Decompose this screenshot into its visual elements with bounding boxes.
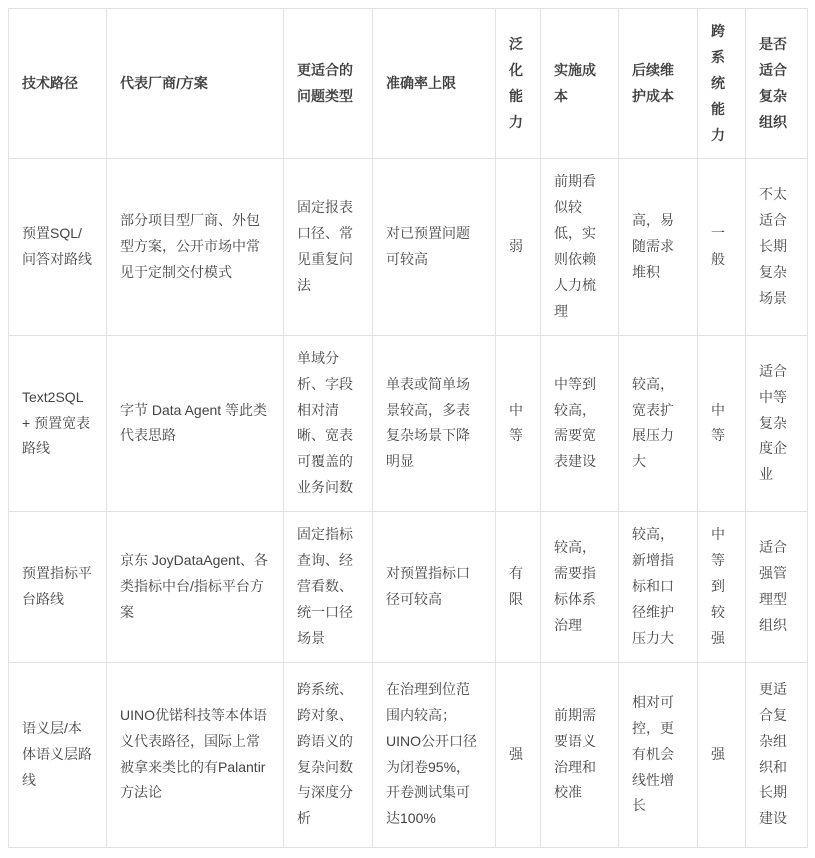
cell-generalization: 弱 — [496, 159, 541, 335]
table-row-text2sql: Text2SQL + 预置宽表路线 字节 Data Agent 等此类代表思路 … — [9, 335, 808, 511]
cell-accuracy: 对预置指标口径可较高 — [373, 512, 496, 662]
cell-vendor: UINO优锘科技等本体语义代表路径，国际上常被拿来类比的有Palantir方法论 — [107, 662, 284, 847]
cell-cross-system: 一般 — [698, 159, 746, 335]
header-cell-impl-cost: 实施成本 — [541, 9, 619, 159]
cell-accuracy: 单表或简单场景较高，多表复杂场景下降明显 — [373, 335, 496, 511]
cell-vendor: 京东 JoyDataAgent、各类指标中台/指标平台方案 — [107, 512, 284, 662]
cell-generalization: 有限 — [496, 512, 541, 662]
tech-route-comparison-table: 技术路径 代表厂商/方案 更适合的问题类型 准确率上限 泛化能力 实施成本 后续… — [8, 8, 808, 848]
cell-impl-cost: 中等到较高，需要宽表建设 — [541, 335, 619, 511]
cell-generalization: 强 — [496, 662, 541, 847]
cell-maintain-cost: 高，易随需求堆积 — [619, 159, 698, 335]
cell-tech-path: 预置SQL/问答对路线 — [9, 159, 107, 335]
cell-problem-type: 跨系统、跨对象、跨语义的复杂问数与深度分析 — [284, 662, 373, 847]
header-cell-maintain-cost: 后续维护成本 — [619, 9, 698, 159]
cell-maintain-cost: 较高，新增指标和口径维护压力大 — [619, 512, 698, 662]
cell-vendor: 部分项目型厂商、外包型方案，公开市场中常见于定制交付模式 — [107, 159, 284, 335]
cell-impl-cost: 前期看似较低，实则依赖人力梳理 — [541, 159, 619, 335]
page: 技术路径 代表厂商/方案 更适合的问题类型 准确率上限 泛化能力 实施成本 后续… — [0, 0, 815, 858]
cell-accuracy: 对已预置问题可较高 — [373, 159, 496, 335]
cell-impl-cost: 前期需要语义治理和校准 — [541, 662, 619, 847]
table-row-semantic-layer: 语义层/本体语义层路线 UINO优锘科技等本体语义代表路径，国际上常被拿来类比的… — [9, 662, 808, 847]
cell-maintain-cost: 较高，宽表扩展压力大 — [619, 335, 698, 511]
header-cell-complex-org: 是否适合复杂组织 — [746, 9, 808, 159]
table-row-metric-platform: 预置指标平台路线 京东 JoyDataAgent、各类指标中台/指标平台方案 固… — [9, 512, 808, 662]
cell-maintain-cost: 相对可控，更有机会线性增长 — [619, 662, 698, 847]
cell-accuracy: 在治理到位范围内较高；UINO公开口径为闭卷95%，开卷测试集可达100% — [373, 662, 496, 847]
table-row-preset-sql: 预置SQL/问答对路线 部分项目型厂商、外包型方案，公开市场中常见于定制交付模式… — [9, 159, 808, 335]
header-cell-tech-path: 技术路径 — [9, 9, 107, 159]
cell-complex-org: 不太适合长期复杂场景 — [746, 159, 808, 335]
cell-problem-type: 固定指标查询、经营看数、统一口径场景 — [284, 512, 373, 662]
cell-generalization: 中等 — [496, 335, 541, 511]
cell-tech-path: Text2SQL + 预置宽表路线 — [9, 335, 107, 511]
header-cell-accuracy: 准确率上限 — [373, 9, 496, 159]
cell-problem-type: 单域分析、字段相对清晰、宽表可覆盖的业务问数 — [284, 335, 373, 511]
cell-impl-cost: 较高，需要指标体系治理 — [541, 512, 619, 662]
cell-problem-type: 固定报表口径、常见重复问法 — [284, 159, 373, 335]
header-cell-vendor: 代表厂商/方案 — [107, 9, 284, 159]
cell-complex-org: 适合中等复杂度企业 — [746, 335, 808, 511]
header-row: 技术路径 代表厂商/方案 更适合的问题类型 准确率上限 泛化能力 实施成本 后续… — [9, 9, 808, 159]
cell-cross-system: 中等 — [698, 335, 746, 511]
cell-tech-path: 预置指标平台路线 — [9, 512, 107, 662]
cell-complex-org: 适合强管理型组织 — [746, 512, 808, 662]
header-cell-cross-system: 跨系统能力 — [698, 9, 746, 159]
header-cell-generalization: 泛化能力 — [496, 9, 541, 159]
header-cell-problem-type: 更适合的问题类型 — [284, 9, 373, 159]
cell-cross-system: 强 — [698, 662, 746, 847]
cell-cross-system: 中等到较强 — [698, 512, 746, 662]
cell-vendor: 字节 Data Agent 等此类代表思路 — [107, 335, 284, 511]
cell-complex-org: 更适合复杂组织和长期建设 — [746, 662, 808, 847]
cell-tech-path: 语义层/本体语义层路线 — [9, 662, 107, 847]
